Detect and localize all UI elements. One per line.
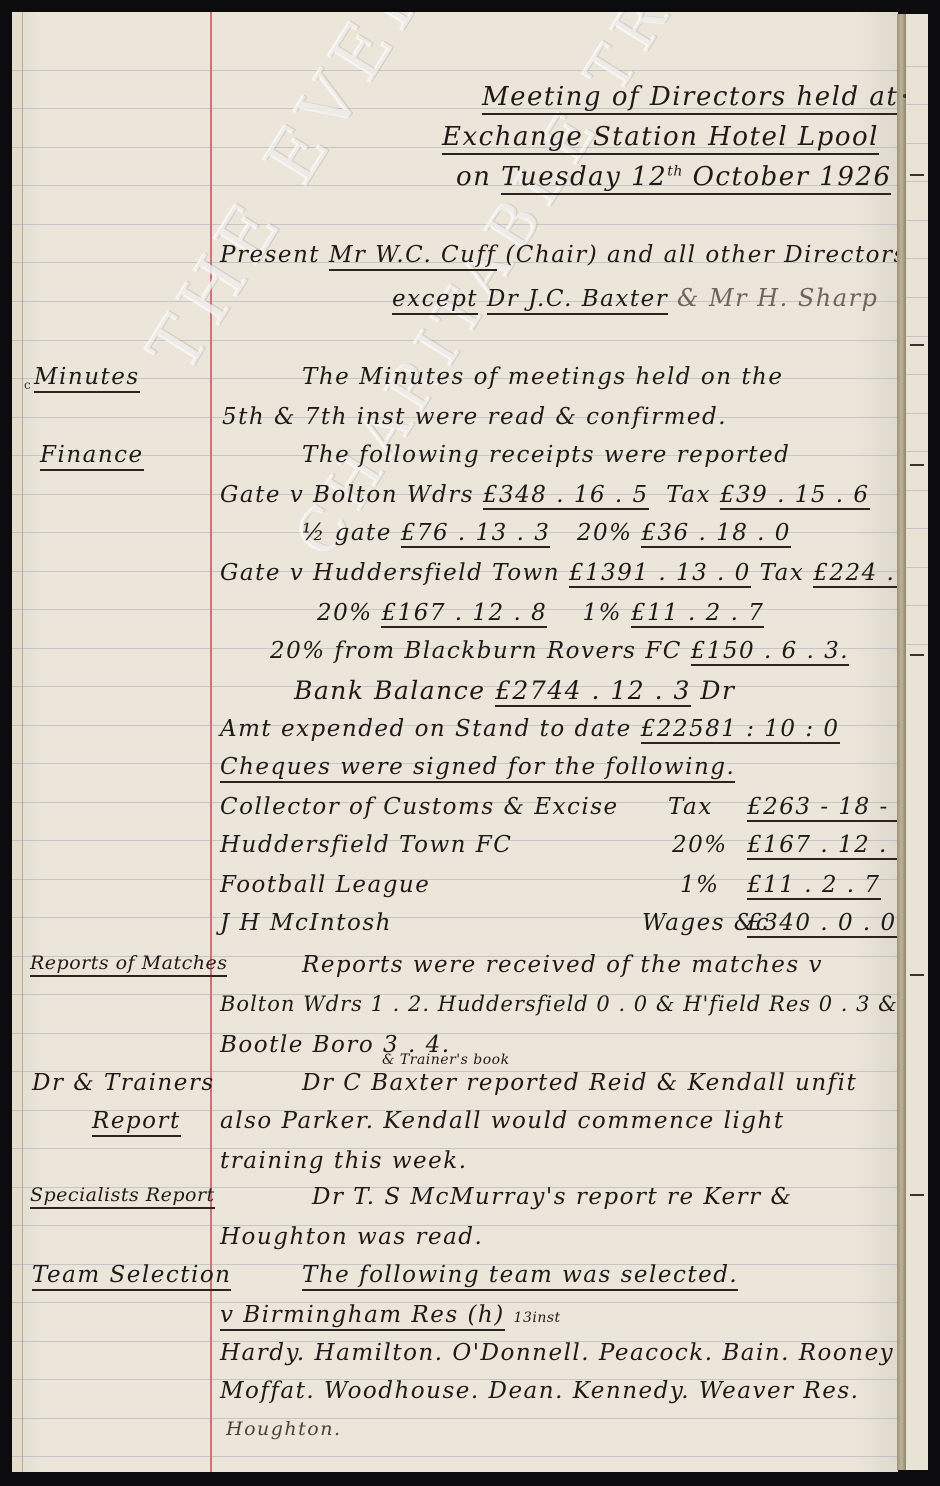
book-gutter xyxy=(897,14,906,1470)
chair-name: Mr W.C. Cuff xyxy=(329,242,497,271)
margin-heading-team: Team Selection xyxy=(32,1262,231,1288)
receipt-row: Gate v Bolton Wdrs £348 . 16 . 5 Tax £39… xyxy=(220,482,870,508)
trainer-line-1: Dr C Baxter reported Reid & Kendall unfi… xyxy=(302,1070,857,1096)
cheques-intro: Cheques were signed for the following. xyxy=(220,754,735,780)
red-margin-line xyxy=(210,12,212,1472)
minutes-line-2: 5th & 7th inst were read & confirmed. xyxy=(222,404,727,430)
receipt-row: ½ gate £76 . 13 . 3 20% £36 . 18 . 0 xyxy=(302,520,791,546)
reports-line-1: Reports were received of the matches v xyxy=(302,952,823,978)
reports-line-2: Bolton Wdrs 1 . 2. Huddersfield 0 . 0 & … xyxy=(220,992,898,1016)
absent-director: Dr J.C. Baxter xyxy=(487,286,668,315)
bank-balance: Bank Balance £2744 . 12 . 3 Dr xyxy=(294,676,735,705)
minute-book-page: THE EVERTON COLLECTION CHARITABLE TRUST … xyxy=(12,12,898,1472)
heading-line-3: on Tuesday 12th October 1926 xyxy=(456,162,891,192)
specialist-line-2: Houghton was read. xyxy=(220,1224,483,1250)
except-line: except Dr J.C. Baxter & Mr H. Sharp xyxy=(392,284,878,312)
team-line-2: Moffat. Woodhouse. Dean. Kennedy. Weaver… xyxy=(220,1378,859,1404)
watermark-line-1: THE EVERTON COLLECTION xyxy=(132,12,887,385)
heading-line-2: Exchange Station Hotel Lpool xyxy=(442,122,879,152)
fixture: v Birmingham Res (h) 13inst xyxy=(220,1302,561,1328)
team-line-1: Hardy. Hamilton. O'Donnell. Peacock. Bai… xyxy=(220,1340,894,1366)
present-line: Present Mr W.C. Cuff (Chair) and all oth… xyxy=(220,242,898,268)
insertion-note: & Trainer's book xyxy=(382,1052,510,1068)
specialist-line-1: Dr T. S McMurray's report re Kerr & xyxy=(312,1184,792,1210)
margin-heading-trainers-1: Dr & Trainers xyxy=(32,1070,215,1096)
margin-tick: c xyxy=(24,378,31,392)
reserve-player: Houghton. xyxy=(226,1418,342,1440)
trainer-line-3: training this week. xyxy=(220,1148,468,1174)
margin-heading-specialists: Specialists Report xyxy=(30,1184,215,1206)
stand-expenditure: Amt expended on Stand to date £22581 : 1… xyxy=(220,716,840,742)
blackburn-receipt: 20% from Blackburn Rovers FC £150 . 6 . … xyxy=(270,638,849,664)
receipts-intro: The following receipts were reported xyxy=(302,442,790,468)
pencil-addition: & Mr H. Sharp xyxy=(677,284,878,312)
margin-heading-minutes: Minutes xyxy=(34,364,140,390)
receipt-row: 20% £167 . 12 . 8 1% £11 . 2 . 7 xyxy=(317,600,764,626)
heading-line-1: Meeting of Directors held at xyxy=(482,82,898,112)
margin-heading-finance: Finance xyxy=(40,442,144,468)
facing-page-edge xyxy=(906,14,928,1470)
margin-heading-trainers-2: Report xyxy=(92,1108,181,1134)
team-intro: The following team was selected. xyxy=(302,1262,738,1288)
page-edge xyxy=(12,12,23,1472)
receipt-row: Gate v Huddersfield Town £1391 . 13 . 0 … xyxy=(220,560,898,586)
trainer-line-2: also Parker. Kendall would commence ligh… xyxy=(220,1108,785,1134)
margin-heading-reports: Reports of Matches xyxy=(30,952,227,974)
minutes-line-1: The Minutes of meetings held on the xyxy=(302,364,783,390)
